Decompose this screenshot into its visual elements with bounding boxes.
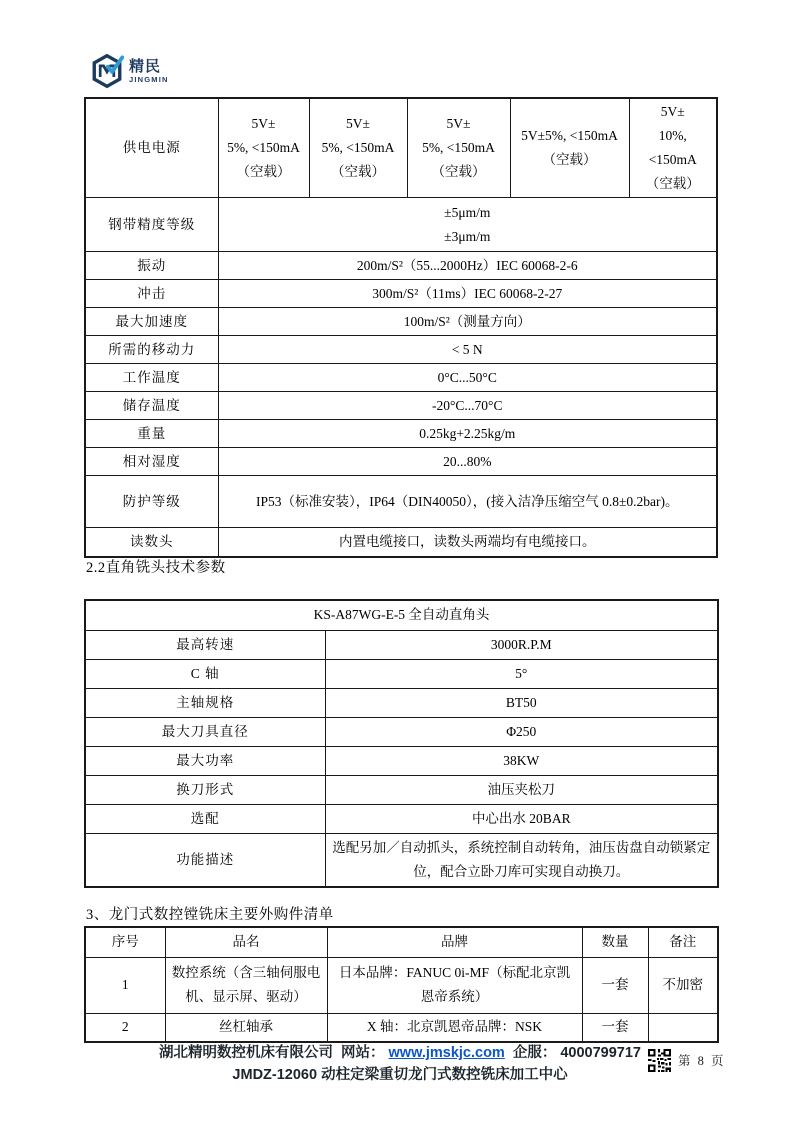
table-row: 最大加速度 100m/S²（测量方向） xyxy=(85,308,717,336)
cell-line: （空载） xyxy=(315,160,402,184)
spec-label-cell: 换刀形式 xyxy=(85,775,325,804)
cell-line: （空载） xyxy=(635,172,712,196)
spec-label-cell: 振动 xyxy=(85,252,218,280)
section-heading-milling-head: 2.2直角铣头技术参数 xyxy=(86,556,226,577)
spec-value-cell: -20°C...70°C xyxy=(218,392,717,420)
table-row: 选配 中心出水 20BAR xyxy=(85,804,718,833)
hexagon-m-logo-icon xyxy=(90,53,124,89)
table-row: 换刀形式 油压夹松刀 xyxy=(85,775,718,804)
table-row: 相对湿度 20...80% xyxy=(85,448,717,476)
table-title-cell: KS-A87WG-E-5 全自动直角头 xyxy=(85,600,718,630)
item-name-cell: 数控系统（含三轴伺服电机、显示屏、驱动） xyxy=(165,957,327,1013)
logo-brand-cn: 精民 xyxy=(129,59,169,74)
table-row: 所需的移动力 < 5 N xyxy=(85,336,717,364)
column-header: 品牌 xyxy=(327,927,582,957)
spec-value-cell: 0°C...50°C xyxy=(218,364,717,392)
table-row: 储存温度 -20°C...70°C xyxy=(85,392,717,420)
cell-line: ±3μm/m xyxy=(224,225,712,249)
table-row: 重量 0.25kg+2.25kg/m xyxy=(85,420,717,448)
spec-label-cell: 最大刀具直径 xyxy=(85,717,325,746)
table-row: 主轴规格 BT50 xyxy=(85,688,718,717)
spec-value-cell: 5V± 5%, <150mA （空载） xyxy=(309,98,407,198)
spec-label-cell: 选配 xyxy=(85,804,325,833)
cell-line: ±5μm/m xyxy=(224,201,712,225)
cell-line: 5%, <150mA xyxy=(224,136,304,160)
qr-code-icon xyxy=(648,1049,671,1072)
item-brand-cell: 日本品牌：FANUC 0i-MF（标配北京凯恩帝系统） xyxy=(327,957,582,1013)
spec-label-cell: 工作温度 xyxy=(85,364,218,392)
spec-label-cell: 最大加速度 xyxy=(85,308,218,336)
encoder-spec-table: 供电电源 5V± 5%, <150mA （空载） 5V± 5%, <150mA … xyxy=(84,97,718,558)
spec-label-cell: 重量 xyxy=(85,420,218,448)
purchase-list-table: 序号 品名 品牌 数量 备注 1 数控系统（含三轴伺服电机、显示屏、驱动） 日本… xyxy=(84,926,719,1043)
company-logo: 精民 JINGMIN xyxy=(90,53,169,89)
item-note-cell xyxy=(648,1013,718,1042)
spec-value-cell: 5V± 10%, <150mA （空载） xyxy=(629,98,717,198)
cell-line: 5%, <150mA xyxy=(413,136,505,160)
spec-value-cell: 100m/S²（测量方向） xyxy=(218,308,717,336)
spec-value-cell: 油压夹松刀 xyxy=(325,775,718,804)
spec-value-cell: 5V±5%, <150mA （空载） xyxy=(510,98,629,198)
column-header: 数量 xyxy=(582,927,648,957)
row-number-cell: 1 xyxy=(85,957,165,1013)
section-heading-purchase-list: 3、龙门式数控镗铣床主要外购件清单 xyxy=(86,903,334,924)
spec-label-cell: C 轴 xyxy=(85,659,325,688)
spec-value-cell: 200m/S²（55...2000Hz）IEC 60068-2-6 xyxy=(218,252,717,280)
table-row: KS-A87WG-E-5 全自动直角头 xyxy=(85,600,718,630)
cell-line: 5V± xyxy=(635,100,712,124)
cell-line: 10%, <150mA xyxy=(635,124,712,172)
table-row: 钢带精度等级 ±5μm/m ±3μm/m xyxy=(85,198,717,252)
spec-value-cell: ±5μm/m ±3μm/m xyxy=(218,198,717,252)
table-row: 最大功率 38KW xyxy=(85,746,718,775)
column-header: 序号 xyxy=(85,927,165,957)
spec-label-cell: 防护等级 xyxy=(85,476,218,528)
table-row: 最高转速 3000R.P.M xyxy=(85,630,718,659)
cell-line: （空载） xyxy=(516,148,624,172)
cell-line: 5V± xyxy=(413,112,505,136)
spec-label-cell: 冲击 xyxy=(85,280,218,308)
milling-head-table: KS-A87WG-E-5 全自动直角头 最高转速 3000R.P.M C 轴 5… xyxy=(84,599,719,888)
spec-label-cell: 主轴规格 xyxy=(85,688,325,717)
cell-line: 5V± xyxy=(224,112,304,136)
spec-value-cell: 5° xyxy=(325,659,718,688)
table-row: 冲击 300m/S²（11ms）IEC 60068-2-27 xyxy=(85,280,717,308)
spec-value-cell: 0.25kg+2.25kg/m xyxy=(218,420,717,448)
spec-value-cell: 内置电缆接口，读数头两端均有电缆接口。 xyxy=(218,528,717,557)
spec-label-cell: 最大功率 xyxy=(85,746,325,775)
spec-value-cell: 中心出水 20BAR xyxy=(325,804,718,833)
footer-service-phone: 4000799717 xyxy=(560,1045,641,1061)
spec-value-cell: 20...80% xyxy=(218,448,717,476)
table-row: 读数头 内置电缆接口，读数头两端均有电缆接口。 xyxy=(85,528,717,557)
column-header: 品名 xyxy=(165,927,327,957)
footer-website-label: 网站： xyxy=(341,1045,385,1061)
item-note-cell: 不加密 xyxy=(648,957,718,1013)
table-header-row: 序号 品名 品牌 数量 备注 xyxy=(85,927,718,957)
footer-service-label: 企服： xyxy=(513,1045,557,1061)
spec-label-cell: 读数头 xyxy=(85,528,218,557)
spec-value-cell: 300m/S²（11ms）IEC 60068-2-27 xyxy=(218,280,717,308)
table-row: C 轴 5° xyxy=(85,659,718,688)
cell-line: 5V± xyxy=(315,112,402,136)
row-number-cell: 2 xyxy=(85,1013,165,1042)
cell-line: （空载） xyxy=(224,160,304,184)
page-number: 第 8 页 xyxy=(678,1051,726,1069)
spec-value-cell: 5V± 5%, <150mA （空载） xyxy=(407,98,510,198)
spec-value-cell: 38KW xyxy=(325,746,718,775)
spec-value-cell: 5V± 5%, <150mA （空载） xyxy=(218,98,309,198)
spec-label-cell: 储存温度 xyxy=(85,392,218,420)
table-row: 2 丝杠轴承 X 轴：北京凯恩帝品牌：NSK 一套 xyxy=(85,1013,718,1042)
spec-value-cell: < 5 N xyxy=(218,336,717,364)
spec-value-cell: 3000R.P.M xyxy=(325,630,718,659)
table-row: 功能描述 选配另加／自动抓头，系统控制自动转角，油压齿盘自动锁紧定位，配合立卧刀… xyxy=(85,833,718,887)
document-page: 精民 JINGMIN 供电电源 5V± 5%, <150mA （空载） 5V± … xyxy=(0,0,800,1131)
spec-label-cell: 功能描述 xyxy=(85,833,325,887)
spec-label-cell: 供电电源 xyxy=(85,98,218,198)
item-brand-cell: X 轴：北京凯恩帝品牌：NSK xyxy=(327,1013,582,1042)
spec-value-cell: BT50 xyxy=(325,688,718,717)
cell-line: 5%, <150mA xyxy=(315,136,402,160)
item-name-cell: 丝杠轴承 xyxy=(165,1013,327,1042)
column-header: 备注 xyxy=(648,927,718,957)
spec-value-cell: Φ250 xyxy=(325,717,718,746)
spec-label-cell: 最高转速 xyxy=(85,630,325,659)
item-qty-cell: 一套 xyxy=(582,1013,648,1042)
spec-label-cell: 所需的移动力 xyxy=(85,336,218,364)
cell-line: （空载） xyxy=(413,160,505,184)
table-row: 防护等级 IP53（标准安装），IP64（DIN40050），(接入洁净压缩空气… xyxy=(85,476,717,528)
spec-label-cell: 钢带精度等级 xyxy=(85,198,218,252)
table-row: 供电电源 5V± 5%, <150mA （空载） 5V± 5%, <150mA … xyxy=(85,98,717,198)
spec-value-cell: IP53（标准安装），IP64（DIN40050），(接入洁净压缩空气 0.8±… xyxy=(218,476,717,528)
footer-company: 湖北精明数控机床有限公司 xyxy=(159,1045,333,1061)
table-row: 工作温度 0°C...50°C xyxy=(85,364,717,392)
table-row: 振动 200m/S²（55...2000Hz）IEC 60068-2-6 xyxy=(85,252,717,280)
logo-wordmark: 精民 JINGMIN xyxy=(129,59,169,84)
table-row: 最大刀具直径 Φ250 xyxy=(85,717,718,746)
spec-label-cell: 相对湿度 xyxy=(85,448,218,476)
spec-value-cell: 选配另加／自动抓头，系统控制自动转角，油压齿盘自动锁紧定位，配合立卧刀库可实现自… xyxy=(325,833,718,887)
footer-website-link[interactable]: www.jmskjc.com xyxy=(389,1045,505,1061)
item-qty-cell: 一套 xyxy=(582,957,648,1013)
cell-line: 5V±5%, <150mA xyxy=(516,124,624,148)
table-row: 1 数控系统（含三轴伺服电机、显示屏、驱动） 日本品牌：FANUC 0i-MF（… xyxy=(85,957,718,1013)
logo-brand-en: JINGMIN xyxy=(129,76,169,84)
